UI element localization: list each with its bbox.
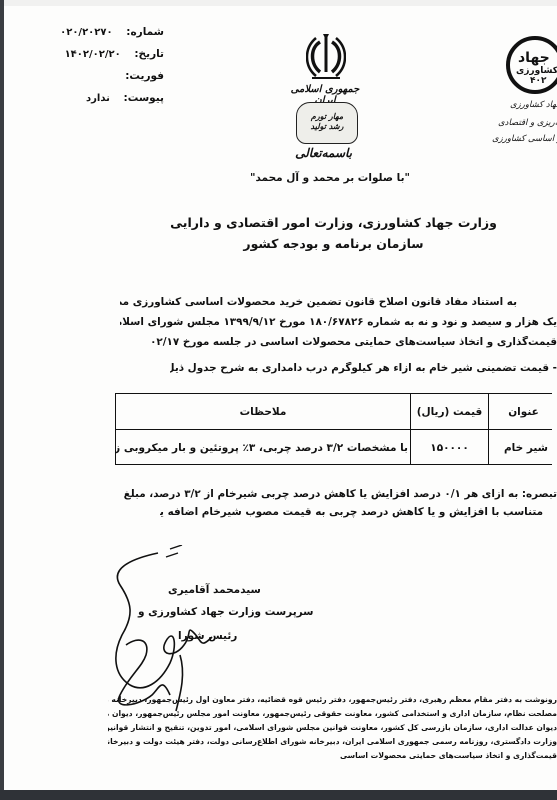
signatory-name: سیدمحمد آقامیری: [168, 584, 261, 596]
paragraph-line-1: به استناد مفاد قانون اصلاح قانون تضمین خ…: [120, 296, 557, 308]
header-price: قیمت (ریال): [410, 394, 488, 429]
logo-name: جهاد: [518, 50, 550, 66]
salawat-line: "با صلوات بر محمد و آل محمد": [230, 172, 430, 184]
cell-title: شیر خام: [488, 430, 552, 465]
logo-line-1: وزارت جهاد کشاورزی: [510, 100, 557, 110]
attachment-value: ندارد: [86, 93, 110, 104]
slogan-text: مهار تورم رشد تولید: [297, 111, 357, 131]
cc-line-5: قیمت‌گذاری و اتخاذ سیاست‌های حمایتی محصو…: [340, 751, 557, 760]
slogan-line-2: رشد تولید: [297, 121, 357, 131]
letter-number: شماره: ۰۲۰/۲۰۲۷۰: [14, 26, 164, 38]
table-row: شیر خام ۱۵۰۰۰۰ با مشخصات ۳/۲ درصد چربی، …: [116, 430, 552, 465]
number-label: شماره:: [126, 26, 164, 38]
cell-remarks: با مشخصات ۳/۲ درصد چربی، ۳٪ پروتئین و با…: [116, 430, 410, 465]
slogan-ribbon: مهار تورم رشد تولید: [296, 102, 358, 144]
logo-subname: کشاورزی: [516, 66, 557, 76]
price-table: عنوان قیمت (ریال) ملاحظات شیر خام ۱۵۰۰۰۰…: [115, 393, 552, 465]
date-value: ۱۴۰۲/۰۲/۲۰: [65, 49, 121, 60]
table-header-row: عنوان قیمت (ریال) ملاحظات: [116, 394, 552, 430]
letter-title-line-1: وزارت جهاد کشاورزی، وزارت امور اقتصادی و…: [0, 215, 557, 230]
cell-price: ۱۵۰۰۰۰: [410, 430, 488, 465]
letter-title-line-2: سازمان برنامه و بودجه کشور: [0, 236, 557, 251]
letter-attachment: پیوست: ندارد: [14, 92, 164, 104]
cc-line-1: رونوشت به دفتر مقام معظم رهبری، دفتر رئی…: [108, 695, 557, 704]
scanned-letter-page: شماره: ۰۲۰/۲۰۲۷۰ تاریخ: ۱۴۰۲/۰۲/۲۰ فوریت…: [0, 0, 557, 800]
letter-date: تاریخ: ۱۴۰۲/۰۲/۲۰: [14, 48, 164, 60]
note-line-1: تبصره: به ازای هر ۰/۱ درصد افزایش یا کاه…: [120, 488, 557, 500]
cc-line-3: دیوان عدالت اداری، سازمان بازرسی کل کشور…: [108, 723, 557, 732]
bullet-line: - قیمت تضمینی شیر خام به ازاء هر کیلوگرم…: [170, 362, 557, 374]
header-remarks: ملاحظات: [116, 394, 410, 429]
logo-line-2: معاونت برنامه‌ریزی و اقتصادی: [498, 118, 557, 128]
scan-top-margin: [4, 0, 557, 6]
header-title: عنوان: [488, 394, 552, 429]
paragraph-line-3: قیمت‌گذاری و اتخاذ سیاست‌های حمایتی محصو…: [150, 336, 557, 348]
logo-line-3: معاونت امور اساسی کشاورزی: [492, 134, 557, 144]
urgency-label: فوریت:: [125, 70, 164, 82]
note-line-2: متناسب با افزایش و یا کاهش درصد چربی به …: [160, 506, 557, 518]
paragraph-line-2: یک هزار و سیصد و نود و نه به شماره ۱۸۰/۶…: [120, 316, 557, 328]
cc-line-2: مصلحت نظام، سازمان اداری و استخدامی کشور…: [108, 709, 557, 718]
date-label: تاریخ:: [134, 48, 164, 60]
slogan-line-1: مهار تورم: [297, 111, 357, 121]
logo-number: ۴۰۲: [530, 76, 546, 86]
letter-urgency: فوریت:: [14, 70, 164, 82]
scan-left-border: [0, 0, 4, 792]
scan-bottom-border: [0, 790, 557, 800]
attachment-label: پیوست:: [124, 92, 164, 104]
iran-emblem-icon: [306, 32, 346, 82]
signatory-title-line-1: سرپرست وزارت جهاد کشاورزی و: [138, 606, 314, 618]
signatory-title-line-2: رئیس شورا: [178, 630, 237, 642]
cc-line-4: وزارت دادگستری، روزنامه رسمی جمهوری اسلا…: [108, 737, 557, 746]
basmala-calligraphy: باسمه‌تعالی: [300, 146, 352, 172]
number-value: ۰۲۰/۲۰۲۷۰: [60, 27, 112, 38]
